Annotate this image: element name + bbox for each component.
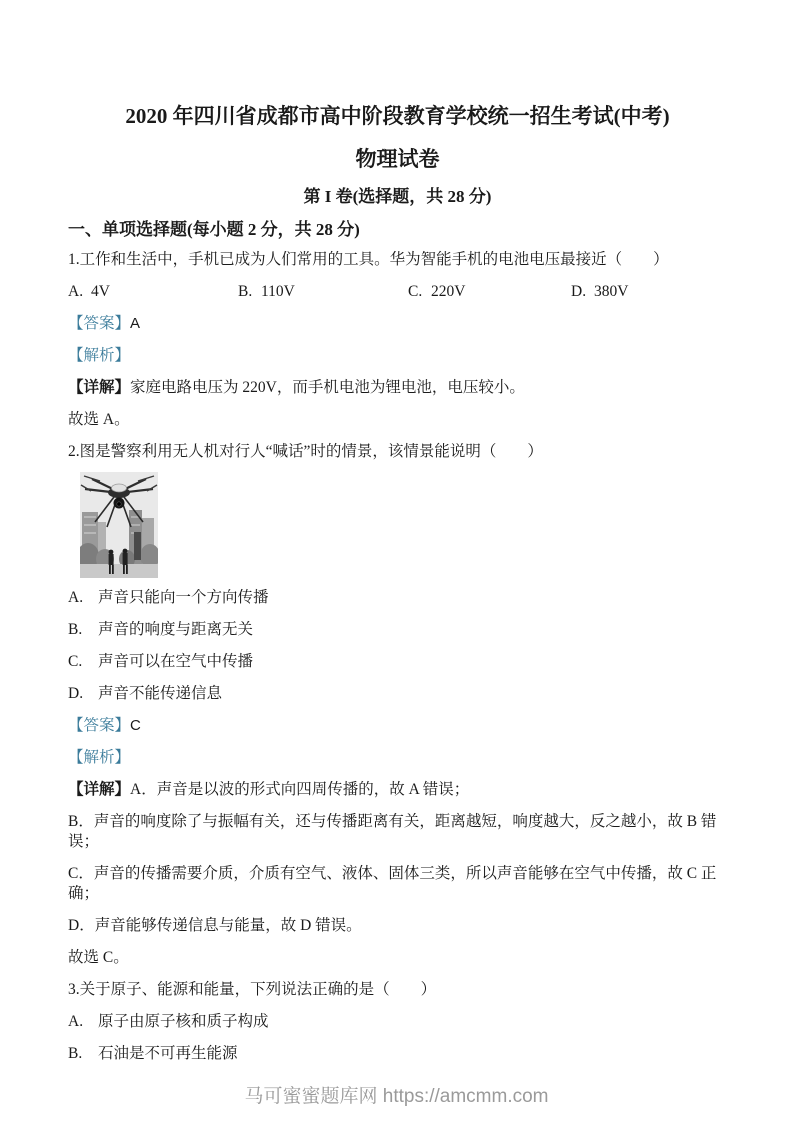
question-2: 2.图是警察利用无人机对行人“喊话”时的情景，该情景能说明（ ） bbox=[68, 442, 727, 968]
exam-title-line2: 物理试卷 bbox=[68, 144, 727, 174]
q1-detail-text: 家庭电路电压为 220V，而手机电池为锂电池，电压较小。 bbox=[130, 379, 525, 396]
q2-option-c-label: C. bbox=[68, 652, 98, 672]
q3-option-b-text: 石油是不可再生能源 bbox=[98, 1045, 238, 1062]
ground bbox=[80, 564, 158, 578]
q3-stem: 3.关于原子、能源和能量，下列说法正确的是（ ） bbox=[68, 980, 727, 1000]
q1-option-c-label: C. bbox=[408, 282, 426, 302]
q2-analysis-line: 【解析】 bbox=[68, 748, 727, 768]
q1-option-c: C.220V bbox=[408, 282, 571, 302]
q2-detail-line-a: 【详解】A．声音是以波的形式向四周传播的，故 A 错误； bbox=[68, 780, 727, 800]
q1-detail-tag: 【详解】 bbox=[68, 379, 130, 396]
q1-stem: 1.工作和生活中，手机已成为人们常用的工具。华为智能手机的电池电压最接近（ ） bbox=[68, 250, 727, 270]
q2-analysis-tag: 【解析】 bbox=[68, 749, 130, 766]
q2-detail-line-d: D．声音能够传递信息与能量，故 D 错误。 bbox=[68, 916, 727, 936]
q1-analysis-line: 【解析】 bbox=[68, 346, 727, 366]
q2-option-d-text: 声音不能传递信息 bbox=[98, 685, 222, 702]
q2-option-d-label: D. bbox=[68, 684, 98, 704]
q1-option-a-label: A. bbox=[68, 282, 86, 302]
q1-conclusion: 故选 A。 bbox=[68, 410, 727, 430]
q1-options-row: A.4V B.110V C.220V D.380V bbox=[68, 282, 727, 302]
q1-option-d-label: D. bbox=[571, 282, 589, 302]
q2-detail-tag: 【详解】 bbox=[68, 781, 130, 798]
q1-option-b-text: 110V bbox=[261, 283, 295, 300]
watermark-footer: 马可蜜蜜题库网 https://amcmm.com bbox=[0, 1081, 793, 1108]
q3-option-b-label: B. bbox=[68, 1044, 98, 1064]
q1-answer-line: 【答案】A bbox=[68, 314, 727, 334]
q1-analysis-tag: 【解析】 bbox=[68, 347, 130, 364]
q2-conclusion: 故选 C。 bbox=[68, 948, 727, 968]
q3-option-b: B.石油是不可再生能源 bbox=[68, 1044, 727, 1064]
q3-option-a: A.原子由原子核和质子构成 bbox=[68, 1012, 727, 1032]
exam-document-page: 2020 年四川省成都市高中阶段教育学校统一招生考试(中考) 物理试卷 第 I … bbox=[0, 0, 793, 1122]
q2-option-b-text: 声音的响度与距离无关 bbox=[98, 621, 253, 638]
q3-option-a-label: A. bbox=[68, 1012, 98, 1032]
q2-detail-line-c: C．声音的传播需要介质，介质有空气、液体、固体三类，所以声音能够在空气中传播，故… bbox=[68, 864, 727, 904]
q2-answer-tag: 【答案】 bbox=[68, 717, 130, 734]
q2-detail-line-b: B．声音的响度除了与振幅有关，还与传播距离有关，距离越短，响度越大，反之越小，故… bbox=[68, 812, 727, 852]
q2-option-a-text: 声音只能向一个方向传播 bbox=[98, 589, 269, 606]
q1-option-b-label: B. bbox=[238, 282, 256, 302]
q2-option-c: C.声音可以在空气中传播 bbox=[68, 652, 727, 672]
drone-photo-illustration bbox=[80, 472, 158, 578]
question-1: 1.工作和生活中，手机已成为人们常用的工具。华为智能手机的电池电压最接近（ ） … bbox=[68, 250, 727, 430]
q1-answer-value: A bbox=[130, 315, 140, 332]
q2-answer-line: 【答案】C bbox=[68, 716, 727, 736]
q1-option-a: A.4V bbox=[68, 282, 238, 302]
q2-option-c-text: 声音可以在空气中传播 bbox=[98, 653, 253, 670]
q1-option-d: D.380V bbox=[571, 282, 727, 302]
q2-stem: 2.图是警察利用无人机对行人“喊话”时的情景，该情景能说明（ ） bbox=[68, 442, 727, 462]
q2-drone-photo bbox=[80, 472, 158, 578]
q1-detail-line: 【详解】家庭电路电压为 220V，而手机电池为锂电池，电压较小。 bbox=[68, 378, 727, 398]
q2-option-b-label: B. bbox=[68, 620, 98, 640]
q2-answer-value: C bbox=[130, 717, 141, 734]
q2-detail-a-text: A．声音是以波的形式向四周传播的，故 A 错误； bbox=[130, 781, 469, 798]
q1-answer-tag: 【答案】 bbox=[68, 315, 130, 332]
sign-board bbox=[134, 532, 141, 560]
drone-dome bbox=[112, 484, 127, 492]
q3-option-a-text: 原子由原子核和质子构成 bbox=[98, 1013, 269, 1030]
section-header: 一、单项选择题(每小题 2 分，共 28 分) bbox=[68, 218, 727, 242]
volume-header: 第 I 卷(选择题，共 28 分) bbox=[68, 185, 727, 209]
exam-title-line1: 2020 年四川省成都市高中阶段教育学校统一招生考试(中考) bbox=[68, 101, 727, 131]
q2-option-d: D.声音不能传递信息 bbox=[68, 684, 727, 704]
document-content: 2020 年四川省成都市高中阶段教育学校统一招生考试(中考) 物理试卷 第 I … bbox=[0, 0, 793, 1064]
question-3: 3.关于原子、能源和能量，下列说法正确的是（ ） A.原子由原子核和质子构成 B… bbox=[68, 980, 727, 1064]
q1-option-b: B.110V bbox=[238, 282, 408, 302]
q1-option-c-text: 220V bbox=[431, 283, 465, 300]
q2-option-b: B.声音的响度与距离无关 bbox=[68, 620, 727, 640]
q2-option-a-label: A. bbox=[68, 588, 98, 608]
q1-option-d-text: 380V bbox=[594, 283, 628, 300]
q2-option-a: A.声音只能向一个方向传播 bbox=[68, 588, 727, 608]
q1-option-a-text: 4V bbox=[91, 283, 110, 300]
